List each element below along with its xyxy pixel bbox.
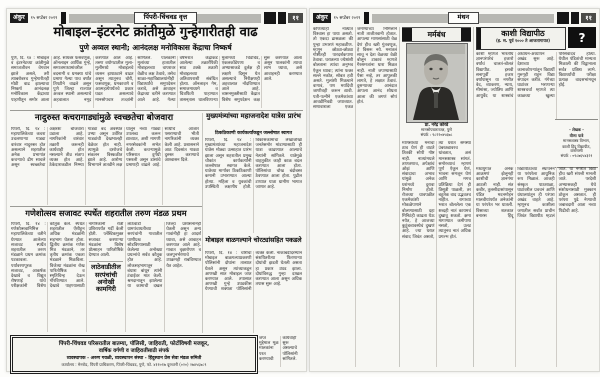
title-black-bar (461, 28, 471, 41)
series-part-badge: ? (568, 27, 596, 48)
header-black-box (557, 12, 569, 24)
marmabandh-intro-text: कोणत्याही नात्यात विश्वास हा पाया असतो. … (313, 27, 397, 110)
kashi-subtitle: (इ. स. पूर्व १००० ते आजतागायत) (483, 38, 563, 43)
mobile-body-columns: पिंपरी, दि. १४ : चोरीचा मोबाइल बाळगल्याप… (205, 251, 302, 333)
newspaper-page-right: अंकुर १५ सप्टेंबर २०१९ मंथन ११ कोणत्याही… (309, 8, 600, 372)
horizontal-rule (10, 110, 303, 111)
lead-headline: मोबाइल–इंटरनेट क्रांतीमुळे गुन्हेगारीतही… (9, 26, 302, 41)
header-gray-bar: मंथन (372, 14, 554, 23)
header-black-box (571, 12, 579, 24)
contact-line-4: कार्यालय : मेनरोड, पिंपरी प्राधिकरण, पिं… (15, 363, 253, 368)
contact-notice-box: पिंपरी-चिंचवड परिसरातील बातम्या, पॉलिसी,… (12, 337, 256, 372)
author-contact: संपर्क : ९८२२०४५६७८ (402, 133, 471, 138)
page-number: ११ (288, 13, 303, 24)
kashi-header-inner: काशी विद्यापीठ (इ. स. पूर्व १००० ते आजता… (481, 28, 565, 49)
marmabandh-body-columns: माणसाच्या मनाचा ठाव घेणं ही वाटते तितकी … (402, 141, 471, 367)
page-number: ११ (581, 13, 596, 24)
kashi-title: काशी विद्यापीठ (483, 29, 563, 38)
page-header-right: अंकुर १५ सप्टेंबर २०१९ मंथन ११ (313, 12, 596, 24)
mobile-headline: मोबाइल बाळगल्याने चोरट्यांसहित पकडले (205, 237, 302, 244)
contact-line-3: व्यवस्थापक - अरुण गवळी, व्यवस्थापन संस्थ… (15, 356, 253, 361)
kashi-body-text: काशी म्हणजे भारतीय ज्ञानपरंपरेचं हजारो व… (476, 52, 596, 99)
yatra-headline: मुख्यमंत्र्यांच्या महाजनादेश यात्रेस प्र… (205, 113, 302, 121)
section-label: पिंपरी-चिंचवड वृत्त (134, 12, 198, 24)
masthead-logo: अंकुर (313, 13, 331, 23)
garbage-headline: नादुरुस्त कचरागाड्यांमुळे स्वच्छतेचा बोज… (9, 114, 199, 124)
author-portrait-illustration (407, 44, 465, 120)
kashi-body-continued-text: मध्ययुगात अनेक आक्रमणं झेलूनही काशीची ज्… (476, 167, 596, 219)
header-gray-bar: पिंपरी-चिंचवड वृत्त (69, 14, 261, 23)
byline-dept: मानसशास्त्र विभाग, (556, 139, 597, 143)
kashi-header-box: काशी विद्यापीठ (इ. स. पूर्व १००० ते आजता… (476, 27, 566, 50)
issue-date: १५ सप्टेंबर २०१९ (334, 15, 361, 21)
marmabandh-body-text: माणसाच्या मनाचा ठाव घेणं ही वाटते तितकी … (402, 141, 471, 240)
marmabandh-title: मर्मबंध (412, 30, 461, 40)
kashi-byline-box: - लेखक - वीणा पात्रे मानसशास्त्र विभाग, … (555, 119, 598, 168)
header-black-box (278, 12, 286, 24)
yatra-dateline: ठिकठिकाणी कार्यकर्त्यांकडून जल्लोषात स्व… (205, 130, 302, 136)
newspaper-page-left: अंकुर १५ सप्टेंबर २०१९ पिंपरी-चिंचवड वृत… (6, 8, 307, 372)
contact-line-2: वार्षिक वर्गणी व जाहिरातींसाठी संपर्क (15, 349, 253, 355)
vertical-rule (473, 27, 474, 367)
marmabandh-intro-columns: कोणत्याही नात्यात विश्वास हा पाया असतो. … (313, 27, 397, 367)
lead-subheadline: पुणे अव्वल स्थानी; आनंदलक्ष मनोविकास कें… (9, 44, 302, 53)
sarpanch-headline: लाठेवाडीतील सरपंचांची अनोखी कामगिरी (89, 261, 124, 293)
header-divider-bar (61, 12, 66, 24)
lead-body-columns: पुणे, दि. १४ : मोबाइल व इंटरनेटच्या क्रा… (11, 56, 302, 108)
yatra-body-text: पिंपरी, दि. १४ : मुख्यमंत्र्यांच्या महाज… (205, 138, 302, 190)
mobile-body-continued-text: जप्त मुद्देमाल मूळ मालकांना परत करण्याची… (259, 336, 302, 362)
author-photo (406, 43, 468, 123)
ganesh-headline: गणेशोत्सव सजावट स्पर्धेत शहरातील तरुण मं… (9, 209, 203, 218)
mobile-body-continued-columns: जप्त मुद्देमाल मूळ मालकांना परत करण्याची… (259, 336, 302, 367)
byline-institute: काशी हिंदू विद्यापीठ, वाराणसी (556, 145, 597, 154)
vertical-rule (399, 27, 400, 367)
lead-body-text: पुणे, दि. १४ : मोबाइल व इंटरनेटच्या क्रा… (11, 56, 302, 103)
marmabandh-title-box: मर्मबंध (402, 27, 471, 42)
contact-line-1: पिंपरी-चिंचवड परिसरातील बातम्या, पॉलिसी,… (15, 341, 253, 347)
page-header-left: अंकुर १५ सप्टेंबर २०१९ पिंपरी-चिंचवड वृत… (10, 12, 303, 24)
vertical-rule (202, 113, 203, 333)
title-black-bar (402, 28, 412, 41)
byline-contact: संपर्क : ०९८७६५४३२१ (556, 154, 597, 158)
kashi-body-continued-columns: मध्ययुगात अनेक आक्रमणं झेलूनही काशीची ज्… (476, 167, 596, 367)
masthead-logo: अंकुर (10, 13, 28, 23)
horizontal-rule (10, 206, 202, 207)
garbage-body-columns: पिंपरी, दि. १४ : महापालिकेच्या कचरा उचलण… (11, 127, 199, 205)
author-photo-caption: प्रा. नरेंद्र कोरडे मानसोपचारतज्ज्ञ, पुण… (402, 123, 471, 137)
header-black-box (264, 12, 276, 24)
yatra-body-columns: पिंपरी, दि. १४ : मुख्यमंत्र्यांच्या महाज… (205, 138, 302, 233)
garbage-body-text: पिंपरी, दि. १४ : महापालिकेच्या कचरा उचलण… (11, 127, 199, 168)
issue-date: १५ सप्टेंबर २०१९ (31, 15, 58, 21)
ganesh-body-columns: पिंपरी, दि. १४ : गणेशोत्सवानिमित्त महापा… (11, 222, 201, 332)
sarpanch-body-text: लाठेवाडी ग्रामपंचायतीच्या सरपंचांनी गावा… (127, 222, 201, 289)
section-label: मंथन (448, 12, 480, 24)
mobile-body-text: पिंपरी, दि. १४ : चोरीचा मोबाइल बाळगल्याप… (205, 251, 302, 292)
header-divider-bar (364, 12, 369, 24)
